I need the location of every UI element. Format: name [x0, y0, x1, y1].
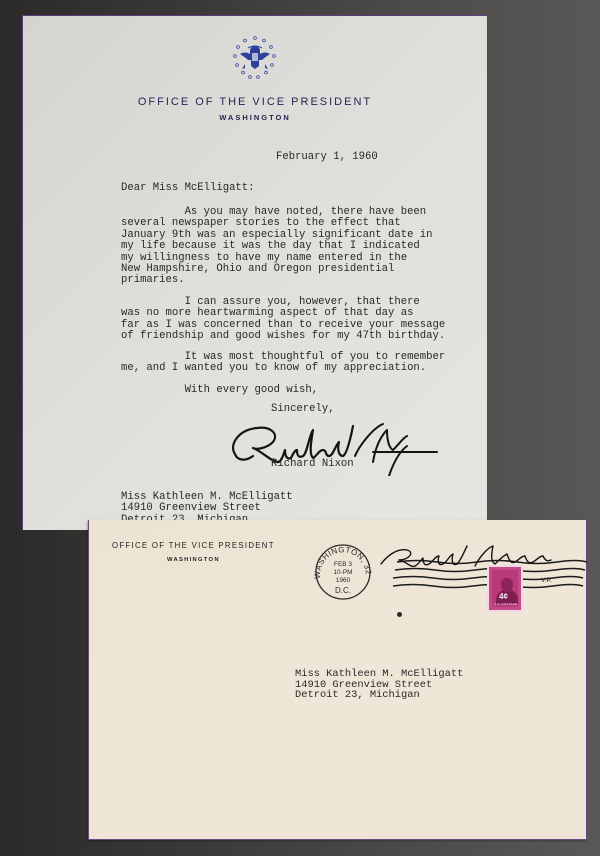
letter: OFFICE OF THE VICE PRESIDENT WASHINGTON … — [22, 15, 488, 530]
letterhead-office: OFFICE OF THE VICE PRESIDENT — [23, 96, 487, 108]
envelope-recipient-address: Miss Kathleen M. McElligatt 14910 Greenv… — [295, 669, 463, 701]
franking-signature-icon — [379, 542, 554, 572]
franking-title: V.P. — [541, 577, 552, 584]
stamp-portrait-icon: 4¢ U.S. POSTAGE — [492, 570, 518, 607]
body-paragraph-1: As you may have noted, there have been s… — [121, 207, 433, 287]
postmark-icon: WASHINGTON, 32 FEB 3 10-PM 1960 D.C. — [313, 542, 373, 602]
letterhead-city: WASHINGTON — [23, 113, 487, 122]
svg-text:FEB 3: FEB 3 — [334, 561, 352, 568]
salutation: Dear Miss McElligatt: — [121, 183, 255, 194]
svg-text:1960: 1960 — [336, 577, 351, 584]
typed-name: Richard Nixon — [271, 459, 354, 470]
letter-date: February 1, 1960 — [276, 152, 378, 163]
svg-text:10-PM: 10-PM — [333, 569, 352, 576]
envelope-return-office: OFFICE OF THE VICE PRESIDENT — [112, 541, 275, 550]
envelope: OFFICE OF THE VICE PRESIDENT WASHINGTON … — [88, 520, 587, 840]
svg-text:D.C.: D.C. — [335, 586, 351, 595]
ink-spot — [397, 612, 402, 617]
vice-presidential-seal-icon — [231, 34, 279, 82]
postage-stamp: 4¢ U.S. POSTAGE — [487, 565, 523, 612]
closing-line: With every good wish, — [121, 385, 318, 396]
envelope-return-city: WASHINGTON — [167, 557, 220, 563]
sign-off: Sincerely, — [271, 404, 335, 415]
stamp-label: U.S. POSTAGE — [494, 602, 517, 606]
body-paragraph-3: It was most thoughtful of you to remembe… — [121, 352, 445, 375]
stamp-value: 4¢ — [499, 592, 508, 601]
body-paragraph-2: I can assure you, however, that there wa… — [121, 297, 445, 343]
